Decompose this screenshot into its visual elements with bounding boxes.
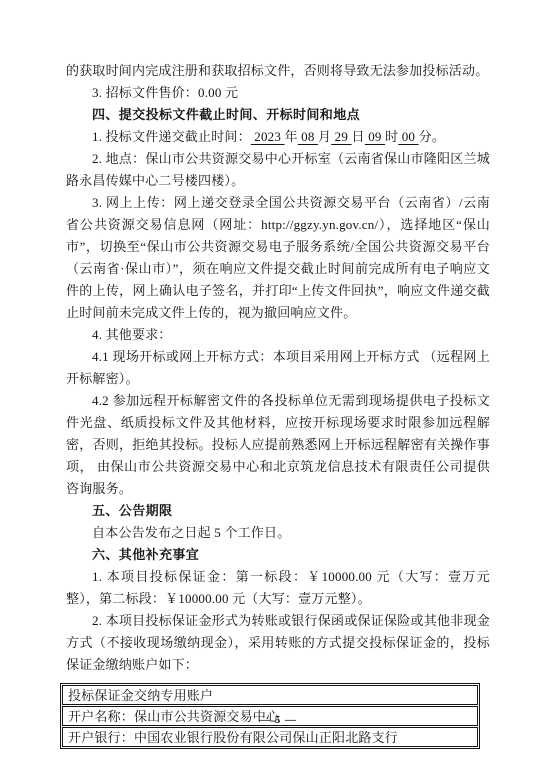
paragraph-online-upload: 3. 网上上传：网上递交登录全国公共资源交易平台（云南省）/云南省公共资源交易信…: [66, 192, 490, 324]
section-heading-5: 五、公告期限: [66, 500, 490, 522]
table-row: 投标保证金交纳专用账户: [62, 685, 478, 705]
deadline-prefix: 1. 投标文件递交截止时间：: [92, 129, 251, 144]
paragraph-deposit-amount: 1. 本项目投标保证金：第一标段：￥10000.00 元（大写：壹万元整），第二…: [66, 566, 490, 610]
paragraph-notice-period: 自本公告发布之日起 5 个工作日。: [66, 522, 490, 544]
page-number: — 5 —: [66, 714, 490, 726]
paragraph-continuation: 的获取时间内完成注册和获取招标文件，否则将导致无法参加投标活动。: [66, 60, 490, 82]
paragraph-deposit-form: 2. 本项目投标保证金形式为转账或银行保函或保证保险或其他非现金方式（不接收现场…: [66, 610, 490, 676]
deadline-minute-value: 00: [398, 129, 418, 144]
document-page: 的获取时间内完成注册和获取招标文件，否则将导致无法参加投标活动。 3. 招标文件…: [0, 0, 548, 776]
paragraph-doc-price: 3. 招标文件售价：0.00 元: [66, 82, 490, 104]
account-bank-cell: 开户银行：中国农业银行股份有限公司保山正阳北路支行: [62, 727, 478, 747]
deadline-year-value: 2023: [251, 129, 285, 144]
deadline-day-value: 29: [331, 129, 351, 144]
section-heading-4: 四、提交投标文件截止时间、开标时间和地点: [66, 104, 490, 126]
deadline-minute-label: 分。: [419, 129, 445, 144]
deadline-hour-value: 09: [365, 129, 385, 144]
paragraph-location: 2. 地点：保山市公共资源交易中心开标室（云南省保山市隆阳区兰城路永昌传媒中心二…: [66, 148, 490, 192]
deadline-month-label: 月: [318, 129, 331, 144]
table-row: 开户银行：中国农业银行股份有限公司保山正阳北路支行: [62, 727, 478, 747]
deadline-hour-label: 时: [385, 129, 398, 144]
paragraph-requirement-4-2: 4.2 参加远程开标解密文件的各投标单位无需到现场提供电子投标文件光盘、纸质投标…: [66, 390, 490, 500]
section-heading-6: 六、其他补充事宜: [66, 544, 490, 566]
deadline-day-label: 日: [352, 129, 365, 144]
paragraph-other-requirements: 4. 其他要求：: [66, 324, 490, 346]
account-table-title-cell: 投标保证金交纳专用账户: [62, 685, 478, 705]
paragraph-deadline: 1. 投标文件递交截止时间： 2023 年 08 月 29 日 09 时 00 …: [66, 126, 490, 148]
paragraph-requirement-4-1: 4.1 现场开标或网上开标方式：本项目采用网上开标方式 （远程网上开标解密）。: [66, 346, 490, 390]
deadline-year-label: 年: [285, 129, 298, 144]
deadline-month-value: 08: [298, 129, 318, 144]
